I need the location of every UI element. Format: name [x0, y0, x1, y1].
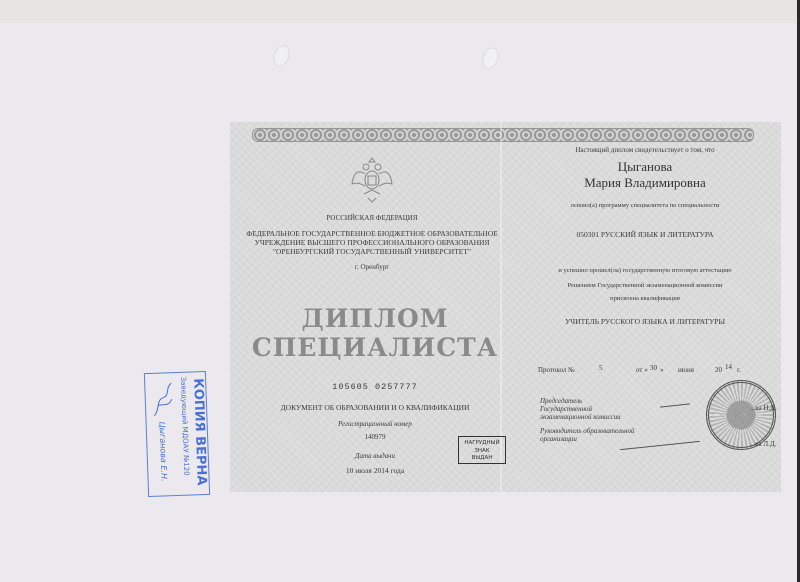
badge-issued-stamp: НАГРУДНЫЙ ЗНАК ВЫДАН [458, 436, 506, 464]
intro-text: Настоящий диплом свидетельствует о том, … [520, 146, 770, 154]
diploma-title-line-1: ДИПЛОМ [250, 304, 500, 333]
document-type: ДОКУМЕНТ ОБ ОБРАЗОВАНИИ И О КВАЛИФИКАЦИИ [250, 403, 500, 412]
protocol-number: 5 [599, 364, 603, 372]
protocol-month: июня [678, 366, 694, 374]
chair-label-line-3: экзаменационной комиссии [540, 413, 621, 421]
organization-line-2: УЧРЕЖДЕНИЕ ВЫСШЕГО ПРОФЕССИОНАЛЬНОГО ОБР… [234, 238, 510, 247]
chair-name: ...ва Н.Д. [750, 404, 777, 412]
program-text: освоил(а) программу специалитета по спец… [510, 202, 780, 209]
protocol-label: Протокол № [538, 366, 575, 374]
head-label: Руководитель образовательной организации [540, 427, 635, 443]
diploma-document: РОССИЙСКАЯ ФЕДЕРАЦИЯ ФЕДЕРАЛЬНОЕ ГОСУДАР… [230, 122, 781, 492]
qualification-label: присвоена квалификация [510, 295, 780, 302]
organization-line-3: "ОРЕНБУРГСКИЙ ГОСУДАРСТВЕННЫЙ УНИВЕРСИТЕ… [234, 247, 510, 256]
protocol-from: от « [636, 366, 648, 374]
ornamental-border [252, 128, 754, 142]
issue-date: 10 июля 2014 года [310, 466, 440, 475]
head-name: ...ва Л.Д. [750, 440, 776, 448]
protocol-year-prefix: 20 [715, 366, 722, 374]
copy-stamp-signature [149, 379, 176, 420]
organization-line-1: ФЕДЕРАЛЬНОЕ ГОСУДАРСТВЕННОЕ БЮДЖЕТНОЕ ОБ… [234, 229, 510, 238]
badge-stamp-line-3: ВЫДАН [459, 455, 505, 463]
protocol-close-quote: » [660, 366, 664, 374]
coat-of-arms-icon [350, 154, 394, 206]
badge-stamp-line-1: НАГРУДНЫЙ [459, 440, 505, 448]
copy-certified-stamp: КОПИЯ ВЕРНА Заведующий МДОАУ №120 Цыгано… [144, 371, 210, 497]
chair-label-line-2: Государственной [540, 405, 621, 413]
punch-hole-right [480, 45, 502, 71]
city-label: г. Оренбург [334, 263, 410, 271]
scanner-top-band [0, 0, 800, 23]
copy-stamp-name: Цыганова Е.Н. [158, 421, 169, 481]
protocol-year-suffix: 14 [725, 363, 732, 371]
specialty: 050301 РУССКИЙ ЯЗЫК И ЛИТЕРАТУРА [520, 230, 770, 239]
badge-stamp-line-2: ЗНАК [459, 448, 505, 456]
chair-signature [660, 403, 690, 407]
head-label-line-2: организации [540, 435, 635, 443]
head-label-line-1: Руководитель образовательной [540, 427, 635, 435]
registration-label: Регистрационный номер [310, 420, 440, 428]
chair-label: Председатель Государственной экзаменацио… [540, 397, 621, 421]
diploma-title-line-2: СПЕЦИАЛИСТА [250, 333, 500, 362]
issue-date-label: Дата выдачи [330, 452, 420, 460]
country-label: РОССИЙСКАЯ ФЕДЕРАЦИЯ [310, 214, 434, 222]
chair-label-line-1: Председатель [540, 397, 621, 405]
graduate-given-names: Мария Владимировна [520, 175, 770, 191]
graduate-surname: Цыганова [520, 159, 770, 175]
registration-number: 140979 [330, 433, 420, 441]
copy-stamp-position: Заведующий МДОАУ №120 [179, 377, 190, 476]
serial-number: 105605 0257777 [290, 382, 460, 392]
protocol-day: 30 [650, 364, 657, 372]
punch-hole-left [271, 43, 293, 69]
qualification: УЧИТЕЛЬ РУССКОГО ЯЗЫКА И ЛИТЕРАТУРЫ [510, 317, 780, 326]
copy-stamp-title: КОПИЯ ВЕРНА [190, 378, 209, 486]
commission-text: Решением Государственной экзаменационной… [510, 282, 780, 289]
attestation-text: и успешно прошел(ла) государственную ито… [510, 267, 780, 274]
protocol-year-label: г. [737, 366, 741, 374]
